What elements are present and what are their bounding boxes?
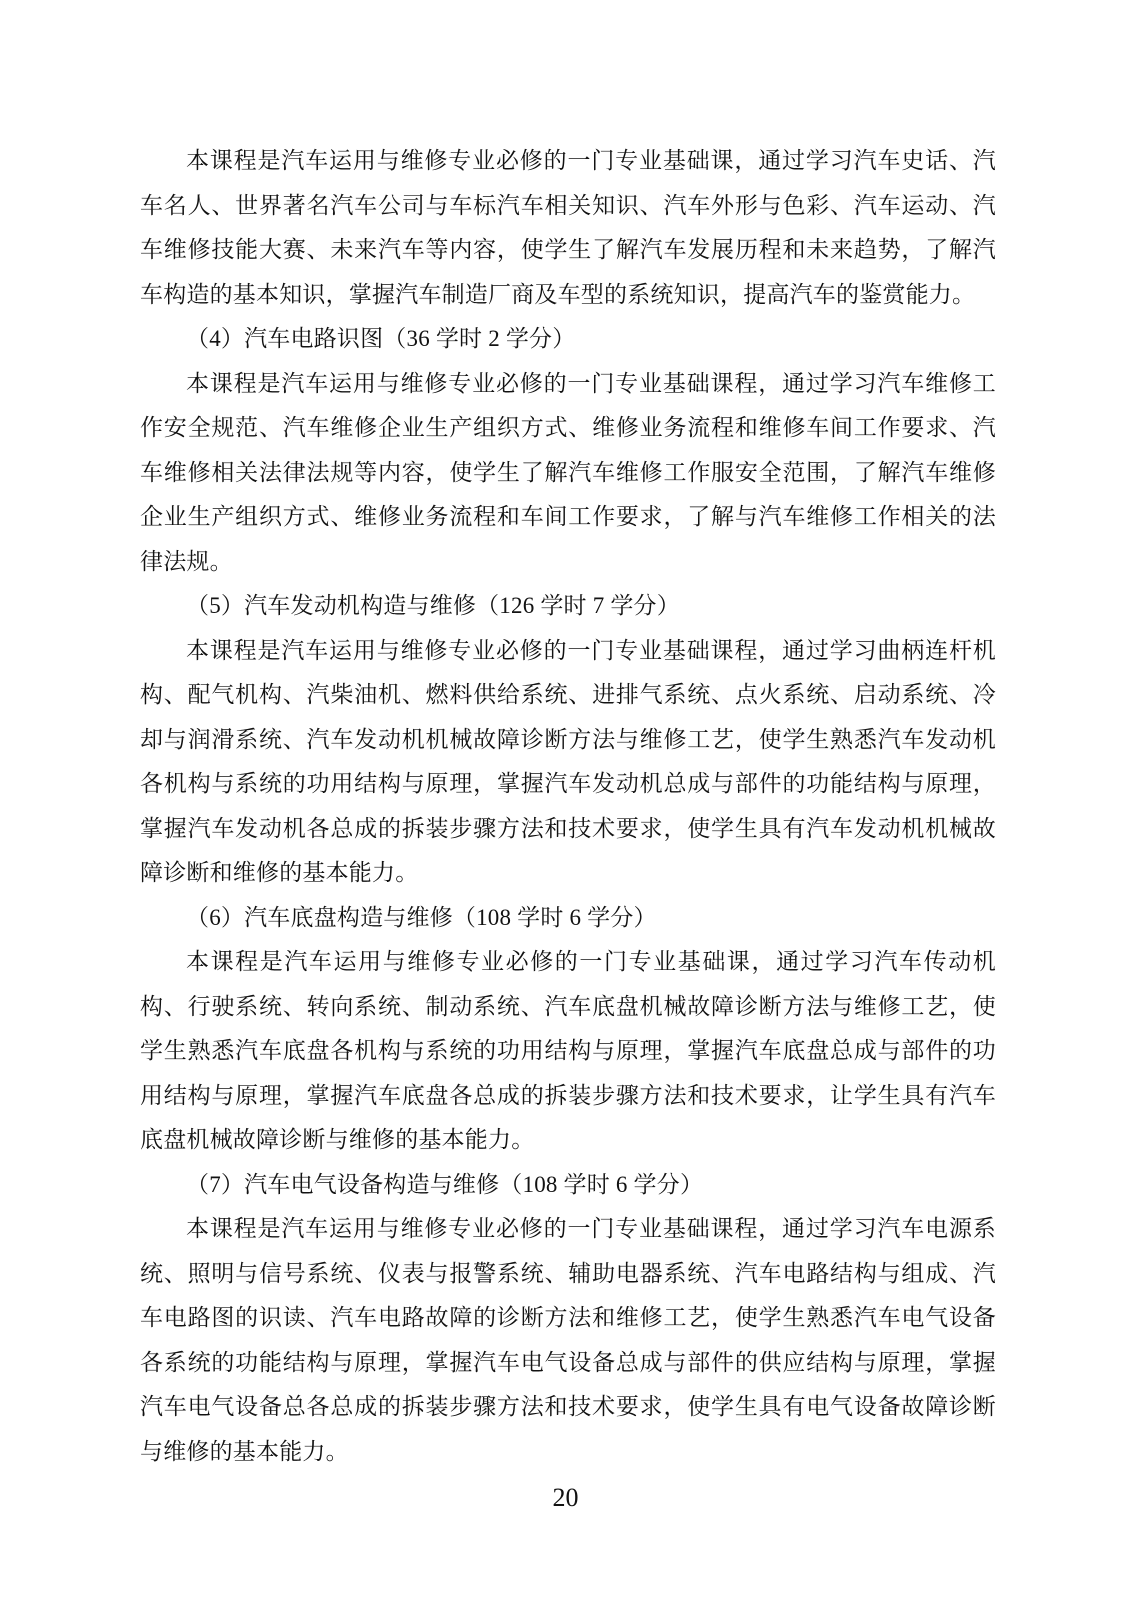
paragraph-course-intro-continued: 本课程是汽车运用与维修专业必修的一门专业基础课，通过学习汽车史话、汽车名人、世界… [140,139,996,317]
paragraph-course-7-description: 本课程是汽车运用与维修专业必修的一门专业基础课程，通过学习汽车电源系统、照明与信… [140,1207,996,1474]
page-body-text: 本课程是汽车运用与维修专业必修的一门专业基础课，通过学习汽车史话、汽车名人、世界… [140,139,996,1474]
course-heading-4: （4）汽车电路识图（36 学时 2 学分） [140,317,996,362]
paragraph-course-6-description: 本课程是汽车运用与维修专业必修的一门专业基础课，通过学习汽车传动机构、行驶系统、… [140,940,996,1163]
document-page: 本课程是汽车运用与维修专业必修的一门专业基础课，通过学习汽车史话、汽车名人、世界… [0,0,1131,1600]
course-heading-7: （7）汽车电气设备构造与维修（108 学时 6 学分） [140,1163,996,1208]
page-number: 20 [0,1483,1131,1513]
course-heading-6: （6）汽车底盘构造与维修（108 学时 6 学分） [140,896,996,941]
paragraph-course-5-description: 本课程是汽车运用与维修专业必修的一门专业基础课程，通过学习曲柄连杆机构、配气机构… [140,629,996,896]
paragraph-course-4-description: 本课程是汽车运用与维修专业必修的一门专业基础课程，通过学习汽车维修工作安全规范、… [140,362,996,585]
course-heading-5: （5）汽车发动机构造与维修（126 学时 7 学分） [140,584,996,629]
